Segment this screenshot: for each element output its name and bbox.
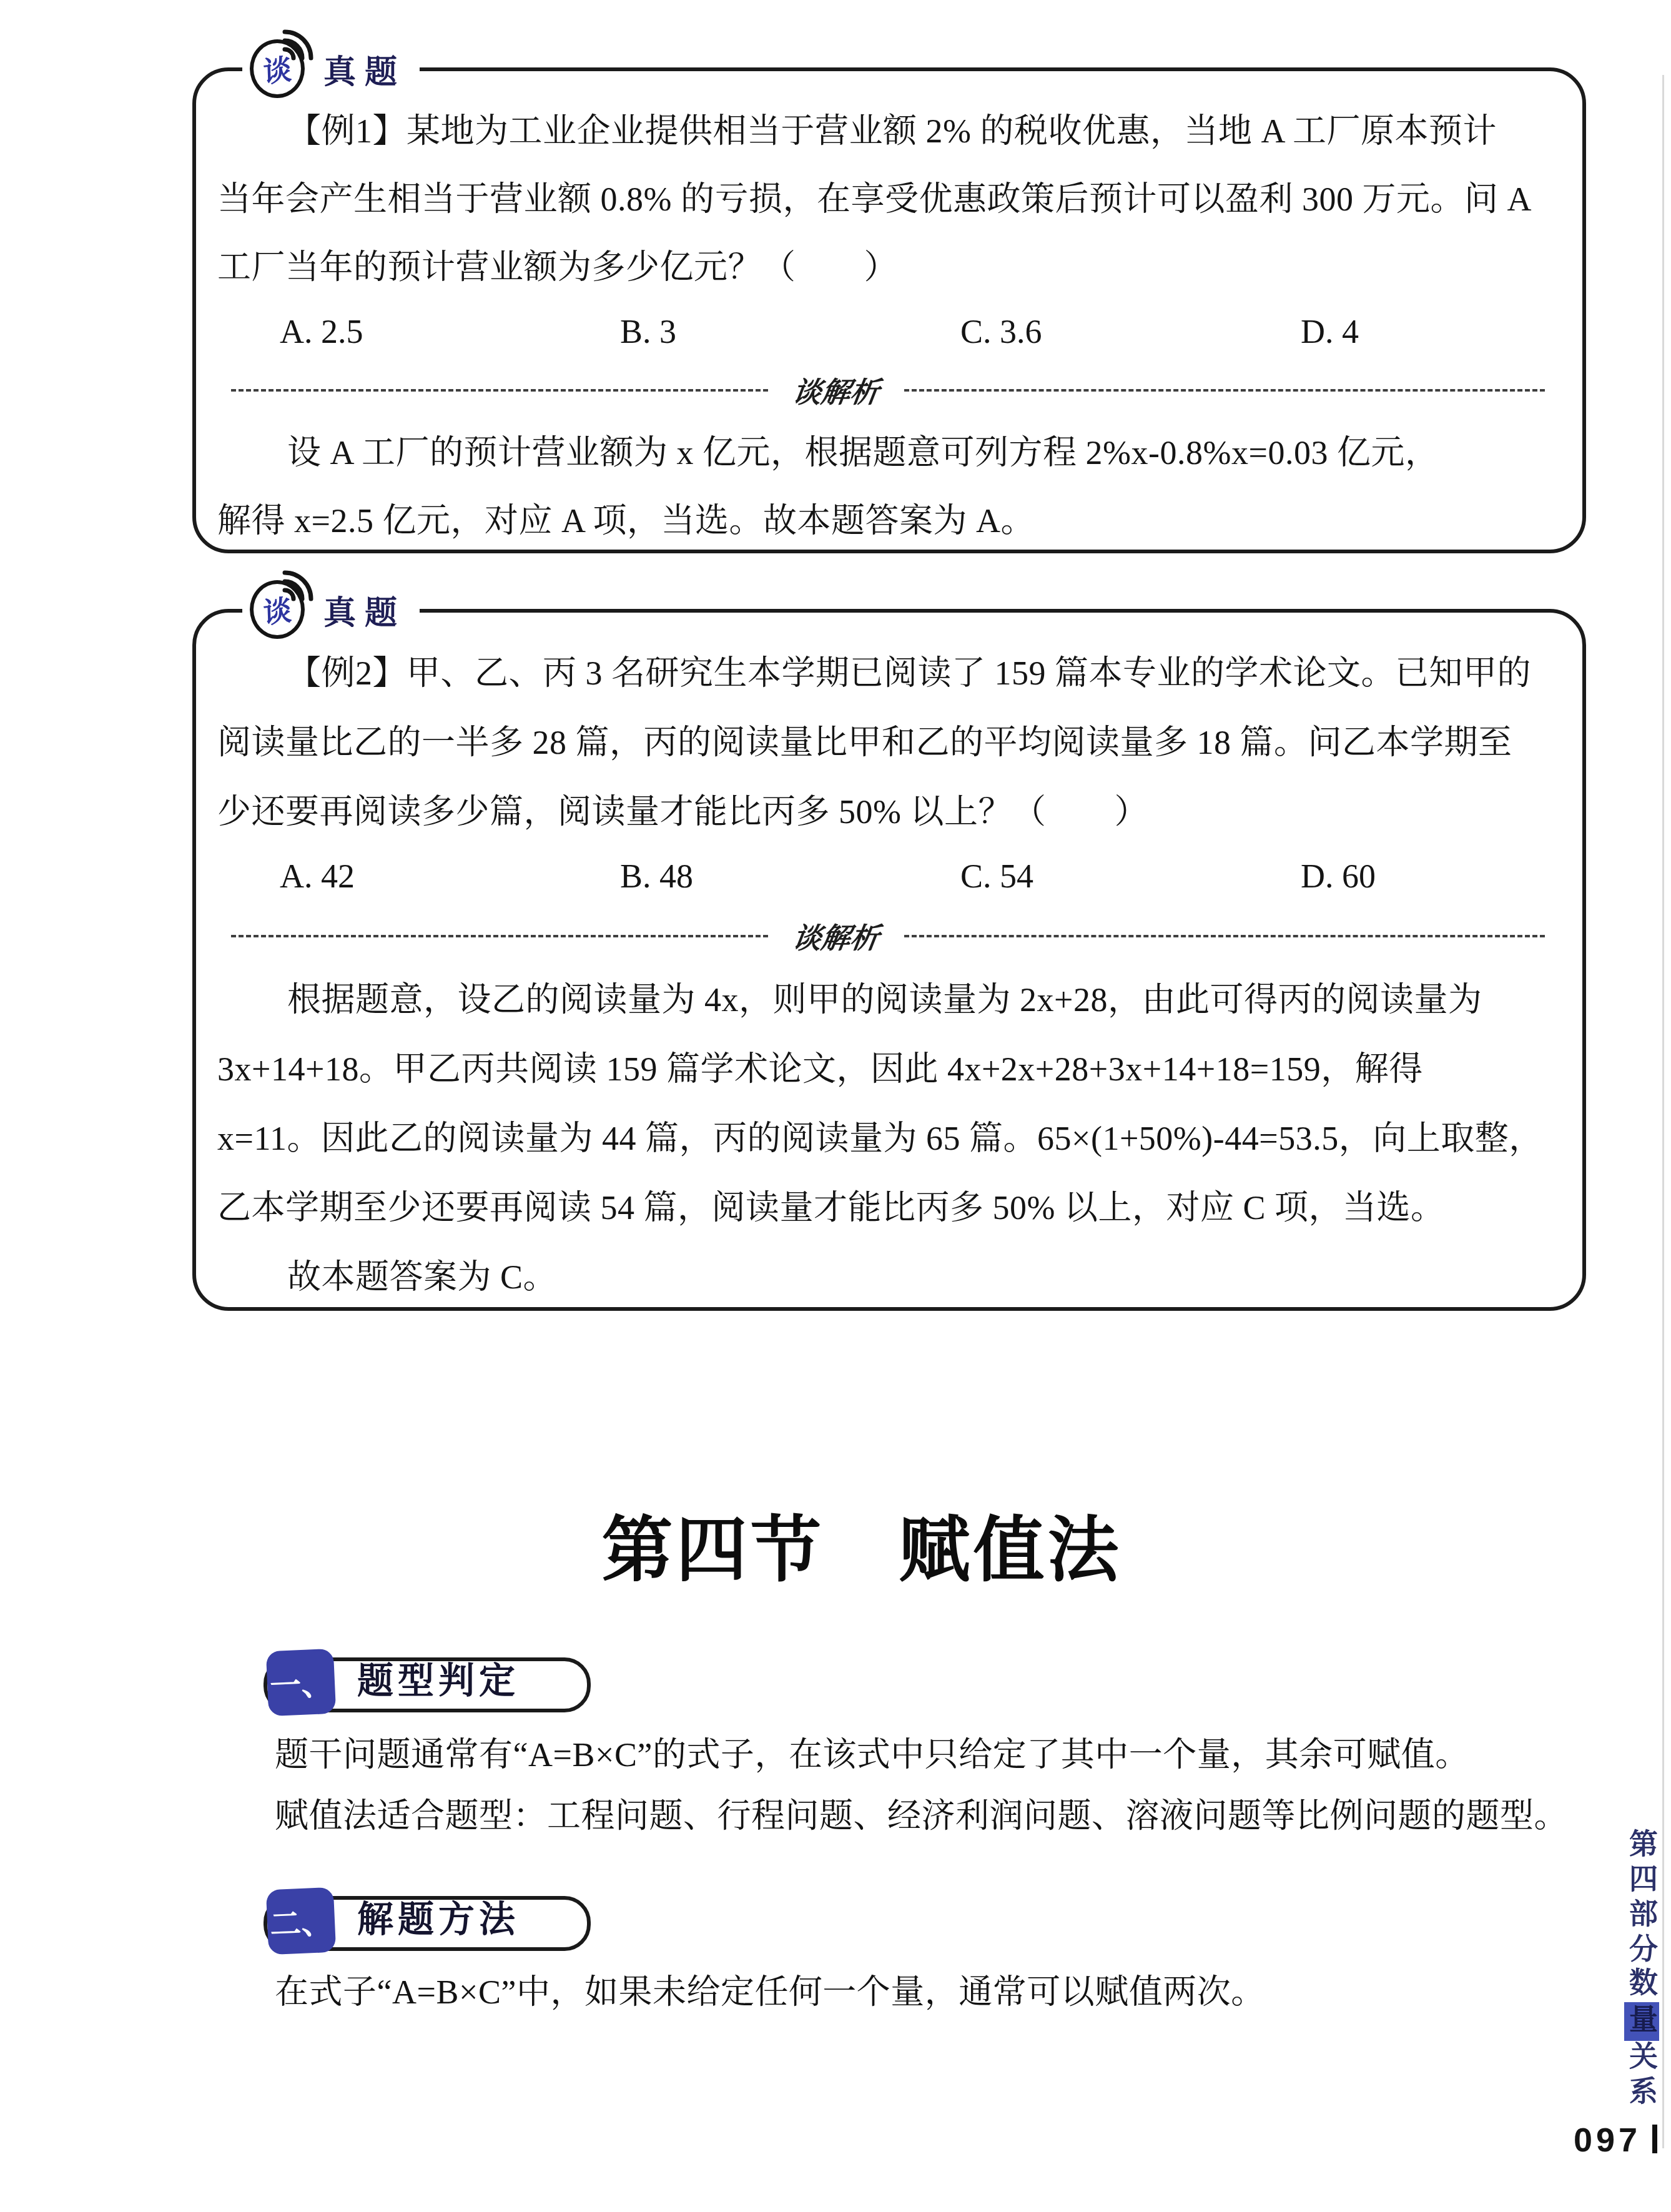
body-paragraph-line: 赋值法适合题型：工程问题、行程问题、经济利润问题、溶液问题等比例问题的题型。: [275, 1796, 1568, 1836]
tan-logo-icon: 谈: [250, 39, 305, 98]
option-c: C. 54: [960, 847, 1033, 906]
sidebar-subject-char: 关: [1625, 2041, 1658, 2076]
option-c: C. 3.6: [960, 302, 1042, 362]
zhenti-tag: 谈 真题: [242, 580, 420, 639]
question-line: 当年会产生相当于营业额 0.8% 的亏损，在享受优惠政策后预计可以盈利 300 …: [217, 165, 1561, 234]
options-row: A. 42 B. 48 C. 54 D. 60: [217, 847, 1561, 906]
option-b: B. 48: [620, 847, 693, 906]
sidebar-subject-char: 数: [1625, 1967, 1658, 2002]
dashed-line: [904, 935, 1545, 937]
analysis-divider: 谈解析: [217, 906, 1561, 965]
option-d: D. 4: [1301, 302, 1359, 362]
question-line: 阅读量比乙的一半多 28 篇，丙的阅读量比甲和乙的平均阅读量多 18 篇。问乙本…: [217, 708, 1561, 778]
solution-line: 解得 x=2.5 亿元，对应 A 项，当选。故本题答案为 A。: [217, 487, 1561, 555]
textbook-page: 【例1】某地为工业企业提供相当于营业额 2% 的税收优惠，当地 A 工厂原本预计…: [0, 0, 1671, 2212]
body-paragraph-line: 在式子“A=B×C”中，如果未给定任何一个量，通常可以赋值两次。: [275, 1972, 1265, 2012]
subsection-badge-2: 二、 解题方法: [260, 1889, 591, 1957]
badge-number: 一、: [266, 1649, 336, 1717]
solution-line: 根据题意，设乙的阅读量为 4x，则甲的阅读量为 2x+28，由此可得丙的阅读量为: [217, 965, 1561, 1035]
option-a: A. 42: [280, 847, 355, 906]
subsection-badge-1: 一、 题型判定: [260, 1650, 591, 1719]
scan-edge-line: [1662, 75, 1664, 2148]
option-a: A. 2.5: [280, 302, 363, 362]
question-line: 【例2】甲、乙、丙 3 名研究生本学期已阅读了 159 篇本专业的学术论文。已知…: [217, 639, 1561, 708]
page-number: 097: [1574, 2121, 1641, 2160]
zhenti-label: 真题: [323, 46, 406, 92]
question-line: 【例1】某地为工业企业提供相当于营业额 2% 的税收优惠，当地 A 工厂原本预计: [217, 97, 1561, 165]
option-d: D. 60: [1301, 847, 1376, 906]
badge-label: 题型判定: [357, 1657, 520, 1705]
question-box-example-2: 【例2】甲、乙、丙 3 名研究生本学期已阅读了 159 篇本专业的学术论文。已知…: [192, 609, 1586, 1311]
dashed-line: [231, 935, 768, 937]
analysis-divider-label: 谈解析: [790, 370, 882, 411]
tan-logo-icon: 谈: [250, 580, 305, 639]
page-number-bar: [1652, 2125, 1657, 2153]
zhenti-tag: 谈 真题: [242, 39, 420, 99]
body-paragraph-line: 题干问题通常有“A=B×C”的式子，在该式中只给定了其中一个量，其余可赋值。: [275, 1735, 1469, 1775]
question-line: 工厂当年的预计营业额为多少亿元？（ ）: [217, 234, 1561, 302]
question-box-example-1: 【例1】某地为工业企业提供相当于营业额 2% 的税收优惠，当地 A 工厂原本预计…: [192, 67, 1586, 553]
badge-label: 解题方法: [357, 1896, 520, 1943]
solution-line: x=11。因此乙的阅读量为 44 篇，丙的阅读量为 65 篇。65×(1+50%…: [217, 1104, 1561, 1173]
dashed-line: [904, 389, 1545, 392]
solution-line: 设 A 工厂的预计营业额为 x 亿元，根据题意可列方程 2%x-0.8%x=0.…: [217, 419, 1561, 487]
sidebar-subject-char: 系: [1625, 2076, 1658, 2111]
option-b: B. 3: [620, 302, 676, 362]
sidebar-subject-label: 数量关系: [1621, 1967, 1662, 2111]
options-row: A. 2.5 B. 3 C. 3.6 D. 4: [217, 302, 1561, 362]
zhenti-label: 真题: [323, 586, 406, 633]
wifi-arcs-icon: [280, 563, 318, 604]
analysis-divider: 谈解析: [217, 362, 1561, 419]
solution-line: 乙本学期至少还要再阅读 54 篇，阅读量才能比丙多 50% 以上，对应 C 项，…: [217, 1173, 1561, 1243]
analysis-divider-label: 谈解析: [790, 916, 882, 957]
wifi-arcs-icon: [280, 22, 318, 63]
solution-line: 3x+14+18。甲乙丙共阅读 159 篇学术论文，因此 4x+2x+28+3x…: [217, 1035, 1561, 1104]
sidebar-subject-char-highlighted: 量: [1624, 2002, 1659, 2041]
solution-line: 故本题答案为 C。: [217, 1243, 1561, 1312]
section-title: 第四节 赋值法: [52, 1493, 1671, 1595]
sidebar-part-label: 第四部分: [1621, 1829, 1662, 1968]
question-line: 少还要再阅读多少篇，阅读量才能比丙多 50% 以上？（ ）: [217, 778, 1561, 847]
dashed-line: [231, 389, 768, 392]
badge-number: 二、: [266, 1887, 336, 1955]
